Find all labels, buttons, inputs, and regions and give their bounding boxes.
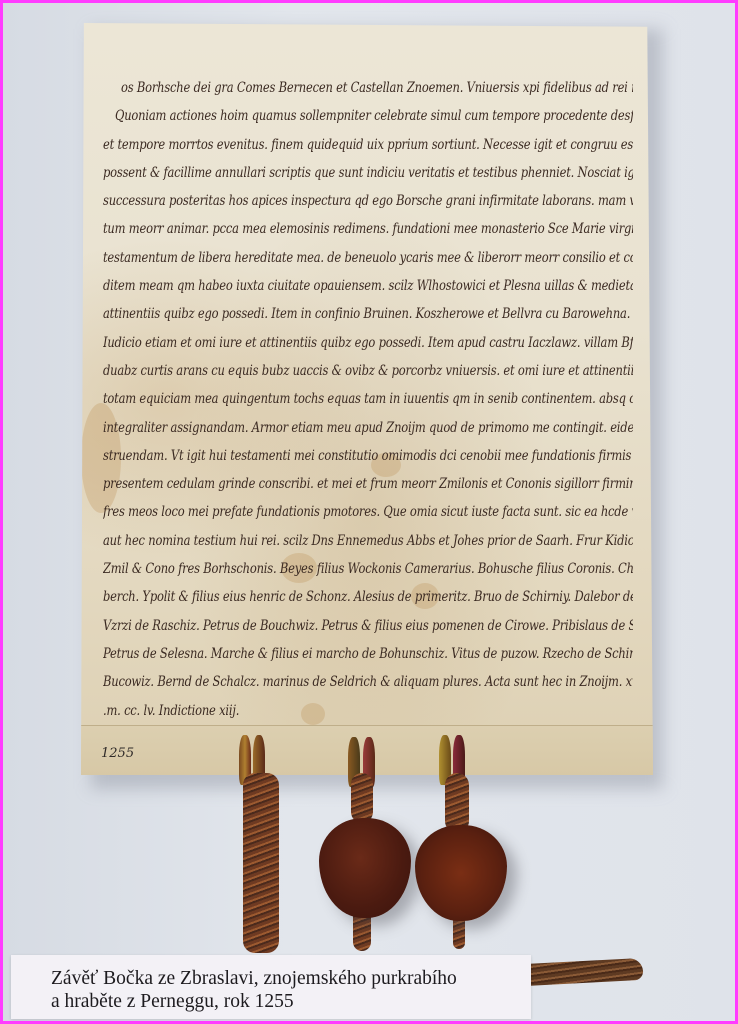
wax-seal xyxy=(319,818,411,918)
seal-cord xyxy=(351,773,373,823)
wax-seal xyxy=(415,825,507,921)
seal-cord-tail xyxy=(523,958,644,986)
charter-parchment: os Borhsche dei gra Comes Bernecen et Ca… xyxy=(81,23,653,775)
caption-line-1: Závěť Bočka ze Zbraslavi, znojemského pu… xyxy=(51,967,457,990)
caption-line-2: a hraběte z Perneggu, rok 1255 xyxy=(51,990,457,1013)
charter-text: os Borhsche dei gra Comes Bernecen et Ca… xyxy=(103,73,633,724)
endorsement-year: 1255 xyxy=(101,746,134,761)
caption-text: Závěť Bočka ze Zbraslavi, znojemského pu… xyxy=(51,967,457,1013)
seal-cord xyxy=(445,773,469,833)
photo-frame: os Borhsche dei gra Comes Bernecen et Ca… xyxy=(3,3,735,1021)
caption-label: Závěť Bočka ze Zbraslavi, znojemského pu… xyxy=(11,955,531,1019)
charter-line: .m. cc. lv. Indictione xiij. xyxy=(103,692,633,727)
seal-cord-loose xyxy=(243,773,279,953)
